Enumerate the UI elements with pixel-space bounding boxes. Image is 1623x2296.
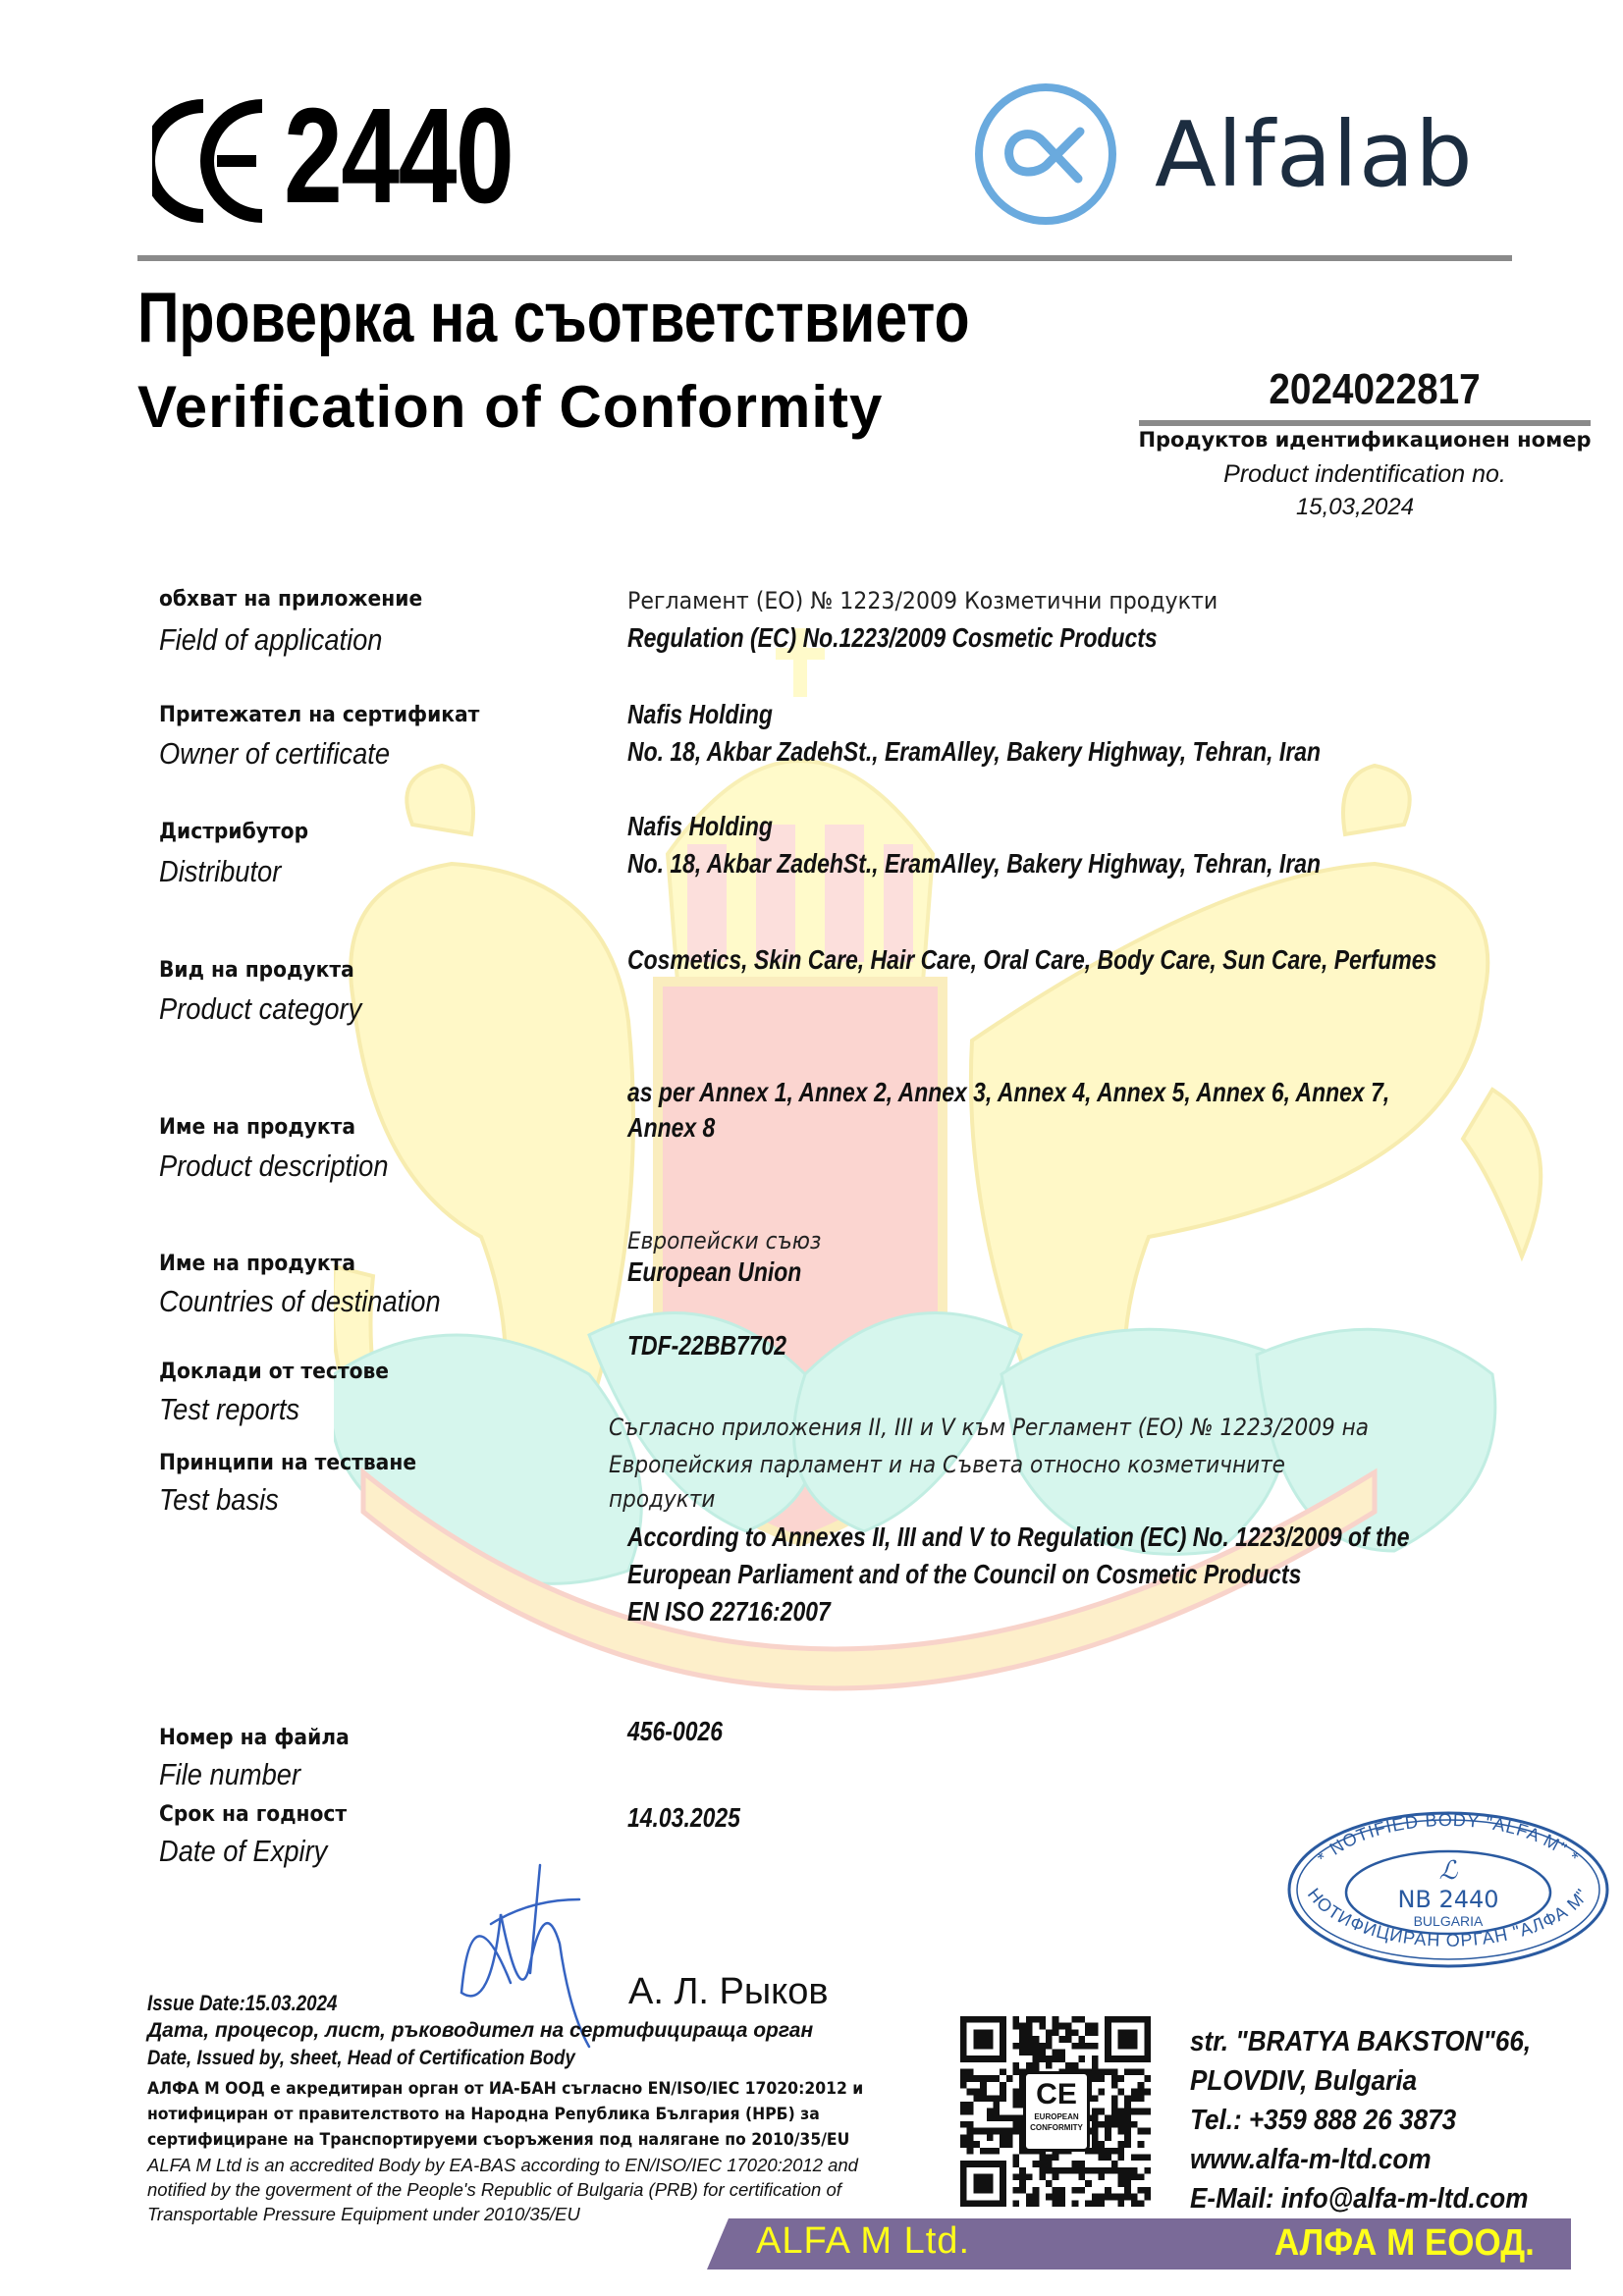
description-label-en: Product description bbox=[159, 1148, 389, 1184]
destination-value: European Union bbox=[627, 1256, 801, 1288]
company-name-en: ALFA M Ltd. bbox=[756, 2220, 970, 2263]
owner-label-en: Owner of certificate bbox=[159, 736, 390, 772]
stamp-country: BULGARIA bbox=[1414, 1913, 1484, 1929]
product-category-value: Cosmetics, Skin Care, Hair Care, Oral Ca… bbox=[627, 944, 1436, 976]
field-value: Regulation (EC) No.1223/2009 Cosmetic Pr… bbox=[627, 622, 1158, 654]
accreditation-bg: АЛФА М ООД е акредитиран орган от ИА-БАН… bbox=[147, 2076, 933, 2153]
accreditation-en-line: ALFA M Ltd is an accredited Body by EA-B… bbox=[147, 2153, 952, 2177]
contact-block: str. "BRATYA BAKSTON"66, PLOVDIV, Bulgar… bbox=[1190, 2022, 1569, 2218]
accreditation-bg-line: сертифициране на Транспортируеми съоръже… bbox=[147, 2127, 870, 2153]
product-id-divider bbox=[1139, 420, 1591, 426]
accreditation-en: ALFA M Ltd is an accredited Body by EA-B… bbox=[147, 2153, 952, 2226]
test-report-number: TDF-22BB7702 bbox=[627, 1330, 786, 1362]
notified-body-stamp: * NOTIFIED BODY "ALFA M" * НОТИФИЦИРАН О… bbox=[1281, 1806, 1615, 1973]
ce-badge-mark: CE bbox=[1026, 2078, 1087, 2111]
title-bulgarian: Проверка на съответствието bbox=[137, 278, 970, 358]
contact-email[interactable]: E-Mail: info@alfa-m-ltd.com bbox=[1190, 2179, 1531, 2218]
test-basis-bg-line2: Европейския парламент и на Съвета относн… bbox=[609, 1451, 1285, 1478]
alpha-glyph-icon: ℒ bbox=[1439, 1856, 1459, 1886]
signature-caption-bg: Дата, процесор, лист, ръководител на сер… bbox=[147, 2019, 813, 2043]
notified-body-number: 2440 bbox=[284, 88, 513, 224]
crown-icon bbox=[668, 628, 933, 982]
accreditation-en-line: notified by the goverment of the People'… bbox=[147, 2177, 952, 2202]
ce-logo-icon bbox=[152, 98, 270, 224]
product-id-date: 15,03,2024 bbox=[1119, 494, 1591, 521]
distributor-name: Nafis Holding bbox=[627, 811, 773, 842]
test-reports-label-en: Test reports bbox=[159, 1392, 299, 1427]
test-basis-line2: European Parliament and of the Council o… bbox=[627, 1559, 1301, 1590]
destination-value-bg: Европейски съюз bbox=[627, 1227, 821, 1255]
accreditation-bg-line: нотифициран от правителството на Народна… bbox=[147, 2102, 870, 2127]
title-english: Verification of Conformity bbox=[137, 373, 883, 441]
description-label-bg: Име на продукта bbox=[159, 1115, 355, 1140]
signature-caption-en: Date, Issued by, sheet, Head of Certific… bbox=[147, 2047, 575, 2070]
product-description-line1: as per Annex 1, Annex 2, Annex 3, Annex … bbox=[627, 1077, 1389, 1108]
accreditation-bg-line: АЛФА М ООД е акредитиран орган от ИА-БАН… bbox=[147, 2076, 870, 2102]
brand-name: Alfalab bbox=[1155, 102, 1474, 207]
product-id-label-bg: Продуктов идентификационен номер bbox=[1119, 428, 1610, 452]
alfalab-logo: Alfalab bbox=[972, 80, 1474, 228]
header-divider bbox=[137, 255, 1512, 261]
ce-conformity-badge: CE EUROPEAN CONFORMITY bbox=[1023, 2071, 1090, 2152]
ce-badge-line2: CONFORMITY bbox=[1026, 2122, 1087, 2133]
test-basis-label-bg: Принципи на тестване bbox=[159, 1451, 416, 1475]
test-basis-line1: According to Annexes II, III and V to Re… bbox=[627, 1522, 1410, 1553]
category-label-bg: Вид на продукта bbox=[159, 958, 354, 983]
product-description-line2: Annex 8 bbox=[627, 1112, 715, 1144]
coat-of-arms-watermark bbox=[334, 628, 1581, 1806]
destination-label-bg: Име на продукта bbox=[159, 1252, 355, 1276]
test-basis-bg-line1: Съгласно приложения II, III и V към Регл… bbox=[609, 1414, 1369, 1441]
distributor-label-bg: Дистрибутор bbox=[159, 820, 308, 844]
owner-label-bg: Притежател на сертификат bbox=[159, 703, 479, 727]
lion-left-icon bbox=[334, 766, 633, 1495]
distributor-address: No. 18, Akbar ZadehSt., EramAlley, Baker… bbox=[627, 848, 1321, 880]
expiry-label-bg: Срок на годност bbox=[159, 1802, 347, 1827]
ce-badge-line1: EUROPEAN bbox=[1026, 2111, 1087, 2122]
distributor-label-en: Distributor bbox=[159, 854, 281, 889]
ce-marking: 2440 bbox=[152, 98, 577, 224]
contact-website[interactable]: www.alfa-m-ltd.com bbox=[1190, 2140, 1531, 2179]
contact-city: PLOVDIV, Bulgaria bbox=[1190, 2061, 1531, 2101]
stamp-center: NB 2440 bbox=[1397, 1886, 1498, 1913]
field-value-bg: Регламент (ЕО) № 1223/2009 Козметични пр… bbox=[627, 587, 1217, 614]
field-label-bg: обхват на приложение bbox=[159, 587, 422, 612]
company-name-bg: АЛФА М ЕООД. bbox=[1274, 2222, 1535, 2265]
destination-label-en: Countries of destination bbox=[159, 1284, 441, 1319]
expiry-date-value: 14.03.2025 bbox=[627, 1802, 740, 1834]
alpha-circle-logo-icon bbox=[972, 80, 1119, 228]
test-basis-standard: EN ISO 22716:2007 bbox=[627, 1596, 831, 1628]
field-label-en: Field of application bbox=[159, 622, 382, 658]
expiry-label-en: Date of Expiry bbox=[159, 1834, 327, 1869]
contact-phone[interactable]: Tel.: +359 888 26 3873 bbox=[1190, 2101, 1531, 2140]
test-basis-label-en: Test basis bbox=[159, 1482, 279, 1518]
test-reports-label-bg: Доклади от тестове bbox=[159, 1360, 389, 1384]
owner-address: No. 18, Akbar ZadehSt., EramAlley, Baker… bbox=[627, 736, 1321, 768]
category-label-en: Product category bbox=[159, 991, 361, 1027]
file-number-value: 456-0026 bbox=[627, 1716, 723, 1747]
contact-street: str. "BRATYA BAKSTON"66, bbox=[1190, 2022, 1531, 2061]
file-number-label-bg: Номер на файла bbox=[159, 1726, 350, 1750]
test-basis-bg-line3: продукти bbox=[609, 1485, 715, 1513]
product-id-number: 2024022817 bbox=[1167, 365, 1582, 414]
product-id-label-en: Product indentification no. bbox=[1119, 460, 1610, 489]
signer-name: А. Л. Рыков bbox=[628, 1971, 829, 2013]
issue-date: Issue Date:15.03.2024 bbox=[147, 1991, 337, 2016]
file-number-label-en: File number bbox=[159, 1757, 300, 1792]
owner-name: Nafis Holding bbox=[627, 699, 773, 730]
